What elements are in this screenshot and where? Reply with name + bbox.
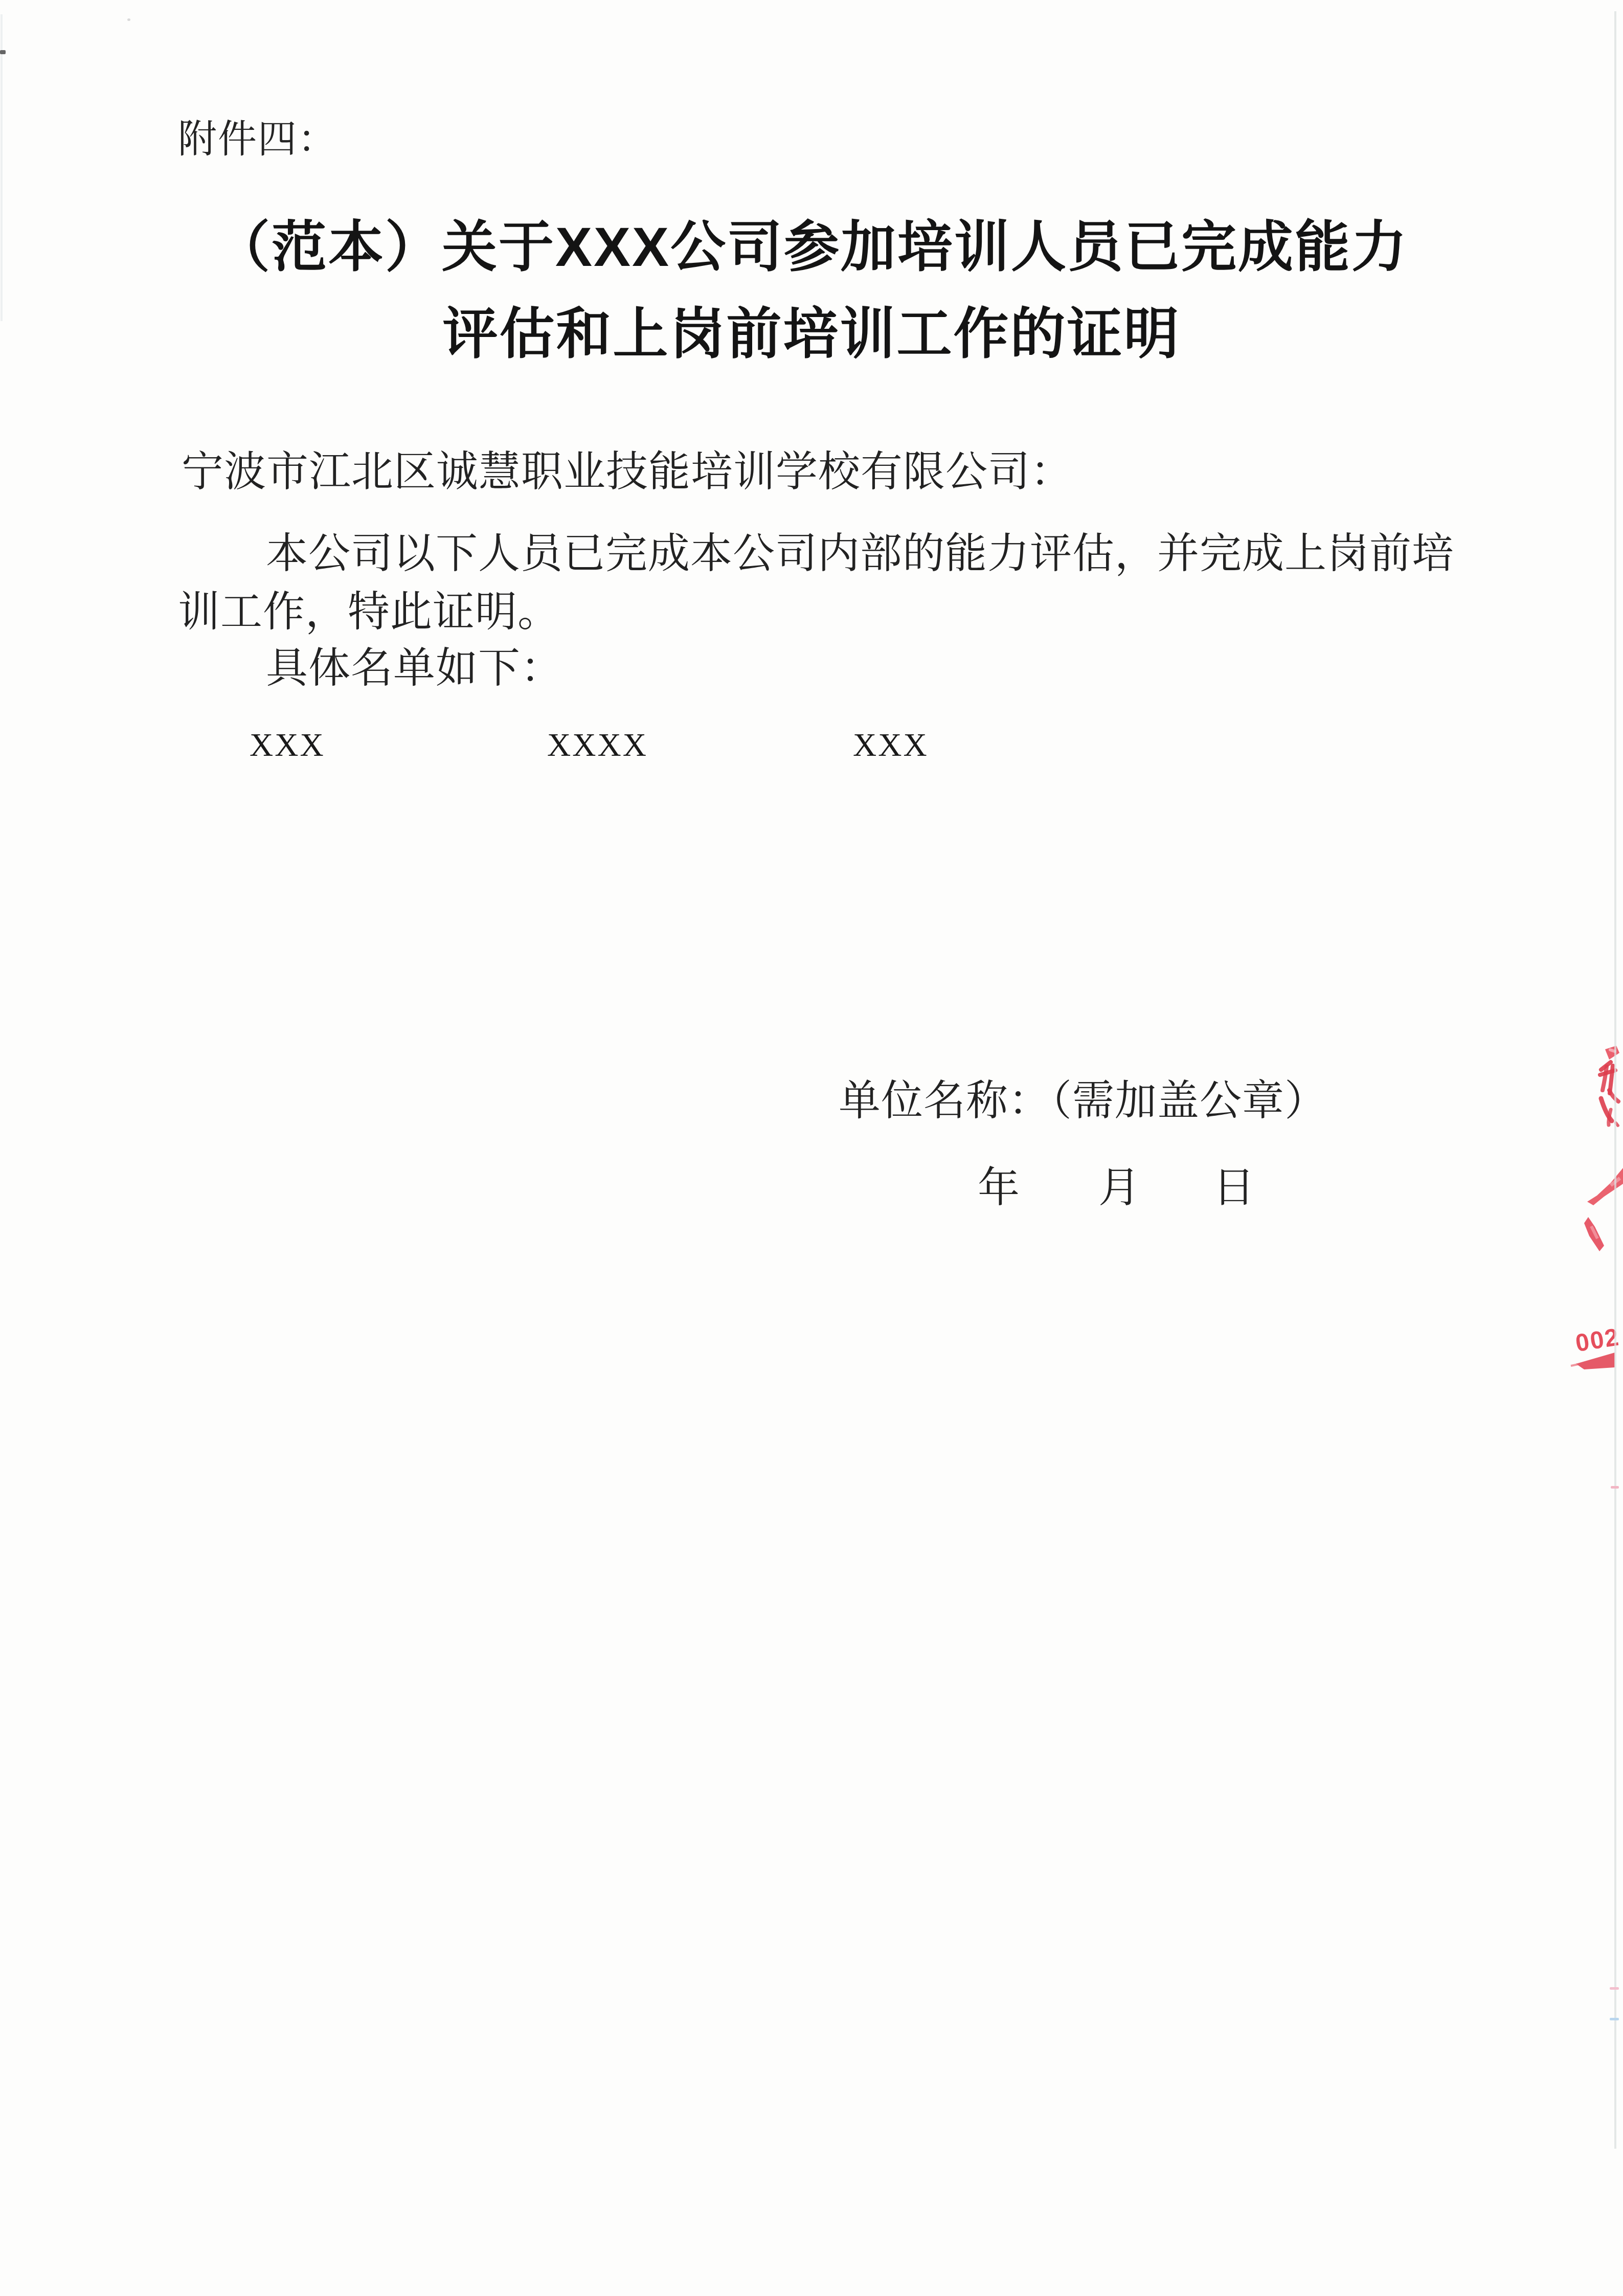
attachment-label: 附件四： xyxy=(178,119,337,162)
scan-edge-line-left xyxy=(1,14,3,321)
scan-edge-line-right xyxy=(1614,11,1616,2149)
name-placeholder-3: XXX xyxy=(853,727,929,763)
scan-mark-dash xyxy=(0,50,6,54)
scan-tick-pink xyxy=(1611,1486,1619,1489)
date-day-char: 日 xyxy=(1213,1164,1255,1212)
document-title-line2: 评估和上岗前培训工作的证明 xyxy=(0,304,1623,365)
date-year-char: 年 xyxy=(978,1164,1020,1212)
stamp-chevron-upper-icon xyxy=(1587,1168,1623,1205)
body-paragraph-line1: 本公司以下人员已完成本公司内部的能力评估，并完成上岗前培 xyxy=(266,530,1454,578)
stamp-character-icon xyxy=(1600,1046,1619,1126)
scanned-document-page: 附件四： （范本）关于XXX公司参加培训人员已完成能力 评估和上岗前培训工作的证… xyxy=(0,0,1623,2296)
list-intro-line: 具体名单如下： xyxy=(266,644,563,692)
salutation-line: 宁波市江北区诚慧职业技能培训学校有限公司： xyxy=(182,448,1073,496)
scan-speck xyxy=(127,18,130,21)
name-placeholder-1: XXX xyxy=(250,727,325,763)
document-title-line1: （范本）关于XXX公司参加培训人员已完成能力 xyxy=(0,217,1623,278)
body-paragraph-line2: 训工作，特此证明。 xyxy=(178,588,560,636)
signature-label: 单位名称：（需加盖公章） xyxy=(839,1077,1327,1125)
scan-tick-pink xyxy=(1610,1987,1619,1990)
name-placeholder-2: XXXX xyxy=(547,727,648,763)
date-month-char: 月 xyxy=(1098,1164,1140,1212)
scan-tick-blue xyxy=(1610,2018,1619,2020)
